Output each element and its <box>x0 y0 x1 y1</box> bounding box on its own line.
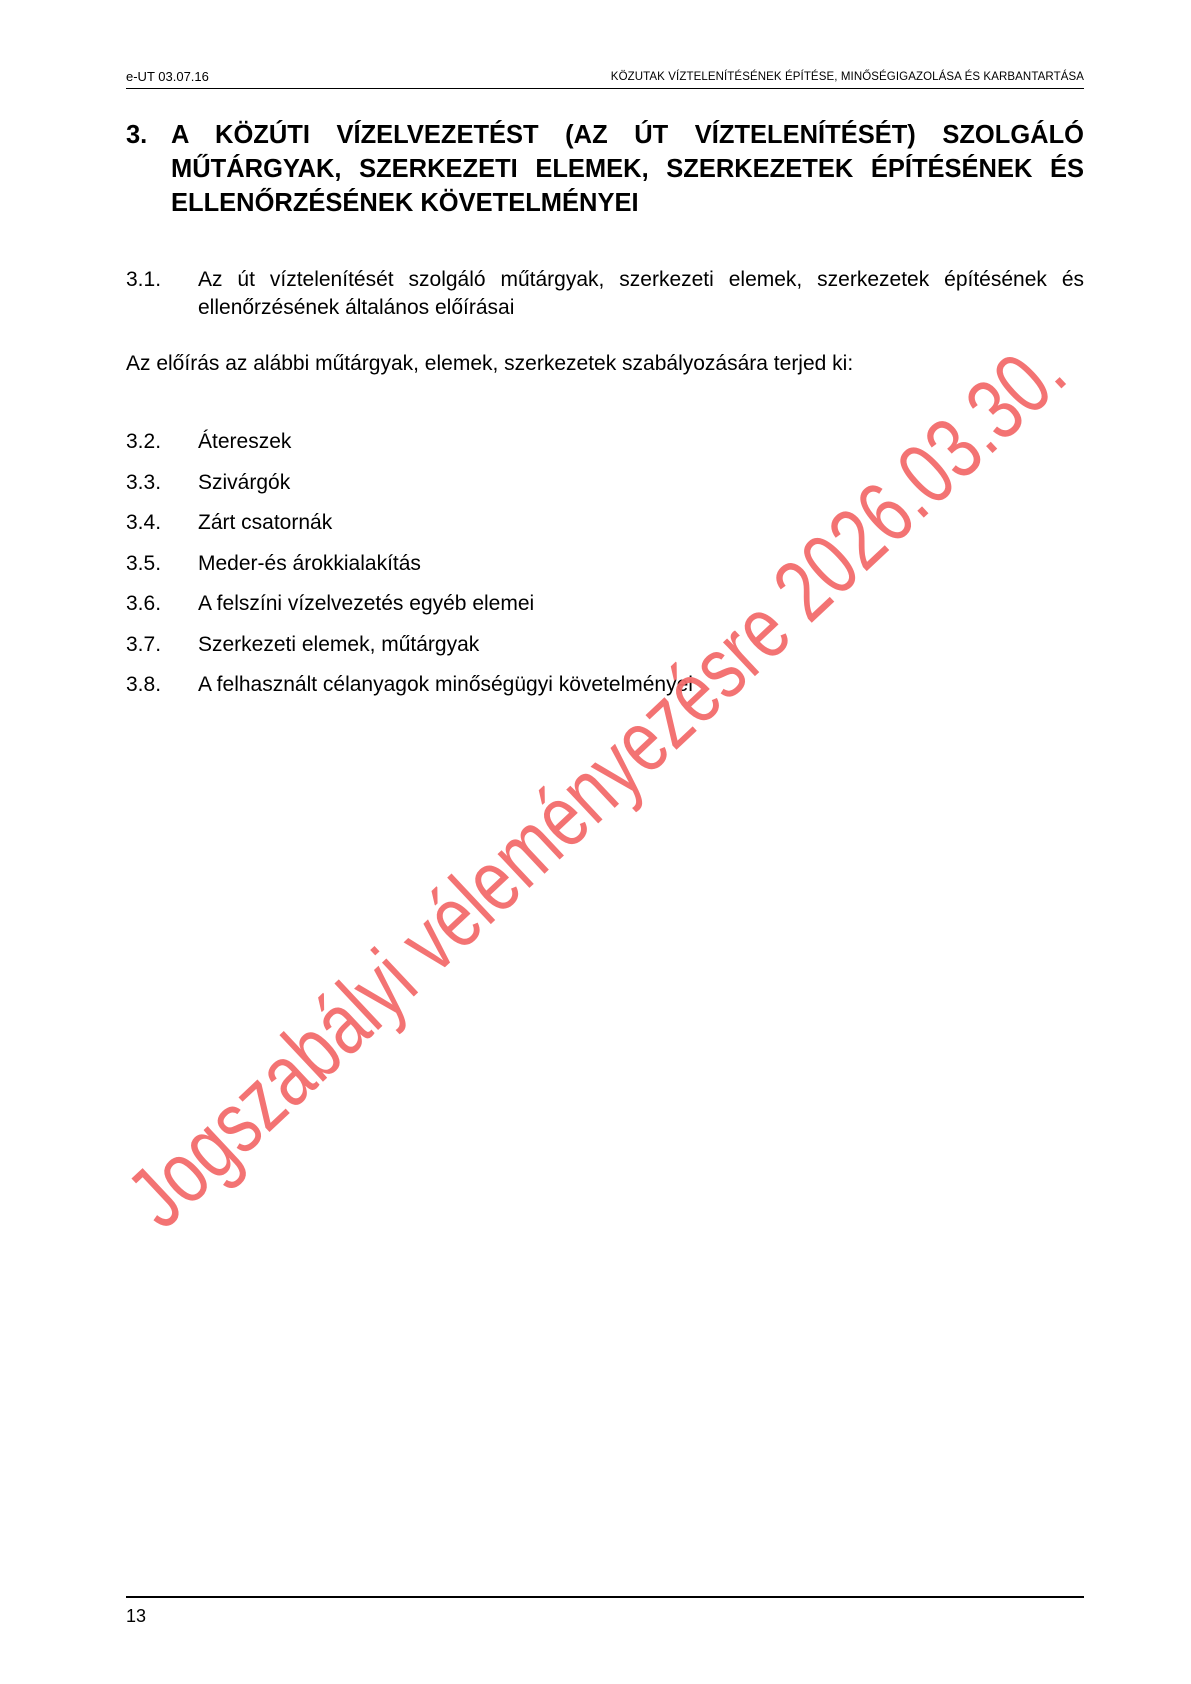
section-title: Az út víztelenítését szolgáló műtárgyak,… <box>198 266 1084 322</box>
list-item-number: 3.2. <box>126 428 161 456</box>
list-item-number: 3.8. <box>126 671 161 699</box>
list-item: 3.5. Meder-és árokkialakítás <box>126 550 1026 591</box>
chapter-title: A KÖZÚTI VÍZELVEZETÉST (AZ ÚT VÍZTELENÍT… <box>171 118 1084 220</box>
section-number: 3.1. <box>126 266 161 294</box>
list-item-text: A felszíni vízelvezetés egyéb elemei <box>198 590 534 618</box>
header-divider <box>126 88 1084 89</box>
list-item-number: 3.7. <box>126 631 161 659</box>
chapter-number: 3. <box>126 118 147 152</box>
list-item: 3.2. Átereszek <box>126 428 1026 469</box>
section-list: 3.2. Átereszek 3.3. Szivárgók 3.4. Zárt … <box>126 428 1026 712</box>
list-item: 3.7. Szerkezeti elemek, műtárgyak <box>126 631 1026 672</box>
list-item-text: Átereszek <box>198 428 291 456</box>
list-item-text: A felhasznált célanyagok minőségügyi köv… <box>198 671 693 699</box>
intro-paragraph: Az előírás az alábbi műtárgyak, elemek, … <box>126 350 853 378</box>
list-item-number: 3.3. <box>126 469 161 497</box>
list-item: 3.6. A felszíni vízelvezetés egyéb eleme… <box>126 590 1026 631</box>
doc-id: e-UT 03.07.16 <box>126 68 209 86</box>
list-item-text: Zárt csatornák <box>198 509 332 537</box>
list-item-number: 3.4. <box>126 509 161 537</box>
list-item-number: 3.5. <box>126 550 161 578</box>
list-item-text: Szivárgók <box>198 469 290 497</box>
list-item-number: 3.6. <box>126 590 161 618</box>
list-item: 3.4. Zárt csatornák <box>126 509 1026 550</box>
doc-title: KÖZUTAK VÍZTELENÍTÉSÉNEK ÉPÍTÉSE, MINŐSÉ… <box>611 68 1084 86</box>
list-item: 3.8. A felhasznált célanyagok minőségügy… <box>126 671 1026 712</box>
page-number: 13 <box>126 1605 146 1627</box>
page-header: e-UT 03.07.16 KÖZUTAK VÍZTELENÍTÉSÉNEK É… <box>126 68 1084 86</box>
list-item: 3.3. Szivárgók <box>126 469 1026 510</box>
footer-divider <box>126 1596 1084 1598</box>
list-item-text: Meder-és árokkialakítás <box>198 550 421 578</box>
list-item-text: Szerkezeti elemek, műtárgyak <box>198 631 479 659</box>
document-page: e-UT 03.07.16 KÖZUTAK VÍZTELENÍTÉSÉNEK É… <box>0 0 1191 1684</box>
watermark: Jogszabályi véleményezésre 2026.03.30. <box>0 0 1191 1684</box>
